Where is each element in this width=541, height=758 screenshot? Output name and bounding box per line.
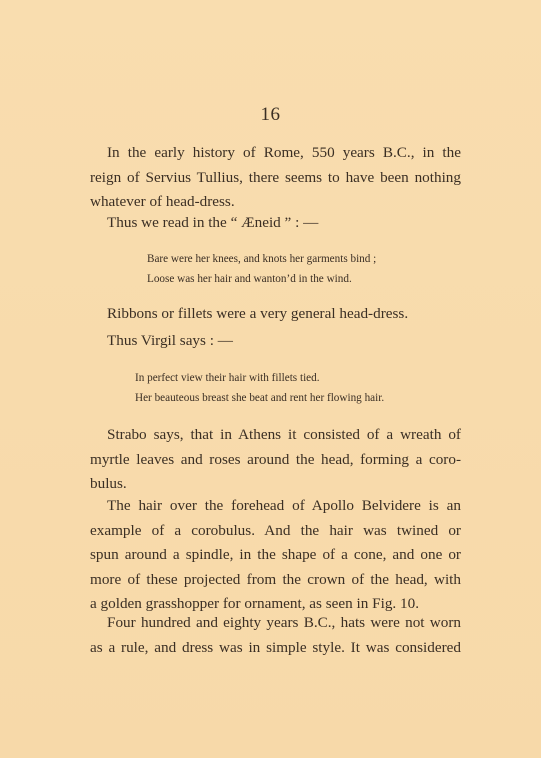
- text-line: bulus.: [90, 472, 461, 497]
- text-line: Four hundred and eighty years B.C., hats…: [90, 611, 461, 636]
- verse-line: Her beauteous breast she beat and rent h…: [135, 388, 384, 408]
- text-line: myrtle leaves and roses around the head,…: [90, 448, 461, 473]
- paragraph-apollo: The hair over the forehead of Apollo Bel…: [90, 494, 461, 617]
- page-number: 16: [0, 104, 541, 126]
- text-line: Thus Virgil says : —: [90, 329, 461, 354]
- text-line: Thus we read in the “ Æneid ” : —: [90, 211, 461, 236]
- text-line: The hair over the forehead of Apollo Bel…: [90, 494, 461, 519]
- text-line: Ribbons or fillets were a very general h…: [90, 302, 461, 327]
- paragraph-ribbons: Ribbons or fillets were a very general h…: [90, 302, 461, 327]
- verse-line: In perfect view their hair with fillets …: [135, 368, 384, 388]
- text-line: Strabo says, that in Athens it consisted…: [90, 423, 461, 448]
- verse-quote-aeneid: Bare were her knees, and knots her garme…: [147, 249, 376, 289]
- paragraph-strabo: Strabo says, that in Athens it consisted…: [90, 423, 461, 497]
- text-line: reign of Servius Tullius, there seems to…: [90, 166, 461, 191]
- text-line: example of a corobulus. And the hair was…: [90, 519, 461, 544]
- verse-line: Loose was her hair and wanton’d in the w…: [147, 269, 376, 289]
- verse-line: Bare were her knees, and knots her garme…: [147, 249, 376, 269]
- verse-quote-virgil: In perfect view their hair with fillets …: [135, 368, 384, 408]
- paragraph-rome-history: In the early history of Rome, 550 years …: [90, 141, 461, 215]
- text-line: as a rule, and dress was in simple style…: [90, 636, 461, 661]
- text-line: spun around a spindle, in the shape of a…: [90, 543, 461, 568]
- text-line: more of these projected from the crown o…: [90, 568, 461, 593]
- text-line: In the early history of Rome, 550 years …: [90, 141, 461, 166]
- book-page: 16 In the early history of Rome, 550 yea…: [0, 0, 541, 758]
- paragraph-four-hundred: Four hundred and eighty years B.C., hats…: [90, 611, 461, 660]
- paragraph-aeneid-intro: Thus we read in the “ Æneid ” : —: [90, 211, 461, 236]
- paragraph-virgil-intro: Thus Virgil says : —: [90, 329, 461, 354]
